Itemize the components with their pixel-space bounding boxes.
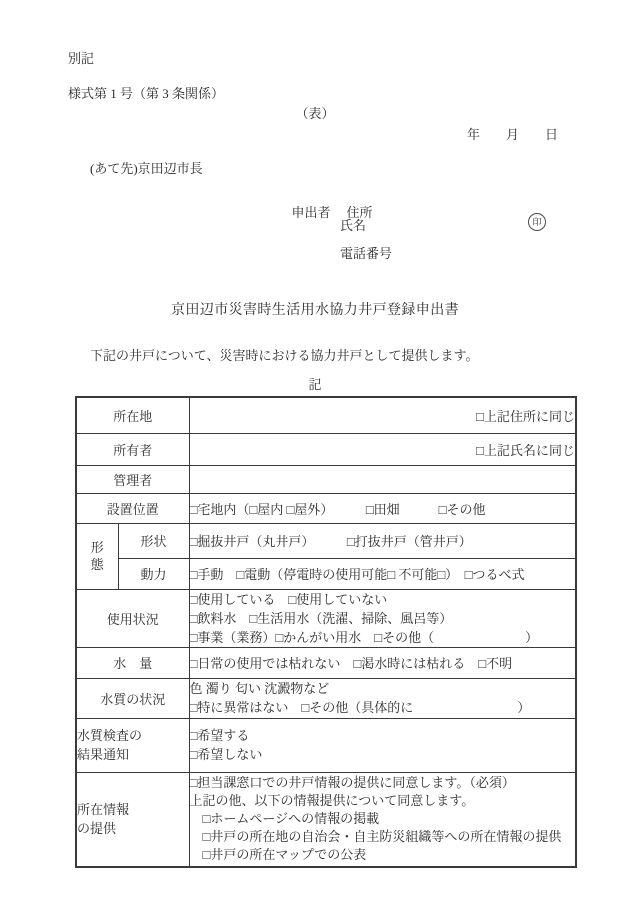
row-volume: 水 量 □日常の使用では枯れない □渇水時には枯れる □不明: [76, 647, 576, 678]
quality-label: 水質の状況: [76, 678, 189, 718]
location-label: 所在地: [76, 397, 189, 433]
info-label: 所在情報 の提供: [76, 772, 189, 867]
applicant-line: 申出者住所: [285, 190, 373, 220]
info-line: □担当課窓口での井戸情報の提供に同意します。（必須）: [190, 774, 576, 792]
owner-label: 所有者: [76, 433, 189, 465]
placement-label: 設置位置: [76, 493, 189, 523]
inspection-label: 水質検査の 結果通知: [76, 718, 189, 772]
form-number: 様式第 1 号（第 3 条関係）: [68, 86, 224, 101]
info-label-line: の提供: [77, 819, 189, 838]
info-line: □井戸の所在マップでの公表: [190, 846, 576, 864]
phone-label: 電話番号: [340, 246, 392, 261]
form-type-label-text: 形態: [89, 539, 105, 573]
applicant-label: 申出者: [292, 205, 331, 220]
row-quality: 水質の状況 色 濁り 匂い 沈澱物など □特に異常はない □その他（具体的に ）: [76, 678, 576, 718]
quality-line: 色 濁り 匂い 沈澱物など: [190, 679, 576, 698]
row-info-provision: 所在情報 の提供 □担当課窓口での井戸情報の提供に同意します。（必須） 上記の他…: [76, 772, 576, 867]
row-owner: 所有者 □上記氏名に同じ: [76, 433, 576, 465]
addressee-line: (あて先)京田辺市長: [90, 161, 203, 176]
list-marker: 記: [0, 377, 630, 392]
well-registration-table: 所在地 □上記住所に同じ 所有者 □上記氏名に同じ 管理者 設置位置 □宅地内（…: [75, 396, 577, 868]
row-location: 所在地 □上記住所に同じ: [76, 397, 576, 433]
info-value: □担当課窓口での井戸情報の提供に同意します。（必須） 上記の他、以下の情報提供に…: [189, 772, 576, 867]
usage-line: □使用している □使用していない: [190, 590, 576, 609]
quality-line: □特に異常はない □その他（具体的に ）: [190, 698, 576, 717]
intro-text: 下記の井戸について、災害時における協力井戸として提供します。: [90, 348, 478, 363]
row-usage: 使用状況 □使用している □使用していない □飲料水 □生活用水（洗濯、掃除、風…: [76, 589, 576, 647]
seal-mark-icon: 印: [528, 213, 546, 231]
inspection-label-line: 結果通知: [77, 745, 189, 764]
appendix-note: 別記: [68, 51, 94, 66]
power-label: 動力: [118, 558, 189, 589]
row-placement: 設置位置 □宅地内（□屋内 □屋外） □田畑 □その他: [76, 493, 576, 523]
owner-value: □上記氏名に同じ: [189, 433, 576, 465]
inspection-value: □希望する □希望しない: [189, 718, 576, 772]
volume-value: □日常の使用では枯れない □渇水時には枯れる □不明: [189, 647, 576, 678]
form-title: 京田辺市災害時生活用水協力井戸登録申出書: [0, 303, 630, 318]
location-value: □上記住所に同じ: [189, 397, 576, 433]
usage-value: □使用している □使用していない □飲料水 □生活用水（洗濯、掃除、風呂等） □…: [189, 589, 576, 647]
info-line: □ホームページへの情報の掲載: [190, 810, 576, 828]
power-value: □手動 □電動（停電時の使用可能□ 不可能□） □つるべ式: [189, 558, 576, 589]
row-manager: 管理者: [76, 465, 576, 493]
shape-label: 形状: [118, 523, 189, 558]
usage-line: □飲料水 □生活用水（洗濯、掃除、風呂等）: [190, 609, 576, 628]
date-line: 年 月 日: [467, 127, 558, 142]
inspection-line: □希望しない: [190, 745, 576, 764]
shape-value: □掘抜井戸（丸井戸） □打抜井戸（管井戸）: [189, 523, 576, 558]
info-line: □井戸の所在地の自治会・自主防災組織等への所在情報の提供: [190, 828, 576, 846]
info-label-line: 所在情報: [77, 800, 189, 819]
volume-label: 水 量: [76, 647, 189, 678]
front-side-label: （表）: [0, 106, 630, 121]
placement-value: □宅地内（□屋内 □屋外） □田畑 □その他: [189, 493, 576, 523]
inspection-line: □希望する: [190, 726, 576, 745]
row-inspection: 水質検査の 結果通知 □希望する □希望しない: [76, 718, 576, 772]
quality-value: 色 濁り 匂い 沈澱物など □特に異常はない □その他（具体的に ）: [189, 678, 576, 718]
manager-label: 管理者: [76, 465, 189, 493]
form-type-label: 形態: [76, 523, 118, 589]
info-line: 上記の他、以下の情報提供について同意します。: [190, 792, 576, 810]
manager-value: [189, 465, 576, 493]
usage-label: 使用状況: [76, 589, 189, 647]
row-form-power: 動力 □手動 □電動（停電時の使用可能□ 不可能□） □つるべ式: [76, 558, 576, 589]
document-page: { "colors": { "text": "#2b2b2b", "line":…: [0, 0, 630, 915]
row-form-shape: 形態 形状 □掘抜井戸（丸井戸） □打抜井戸（管井戸）: [76, 523, 576, 558]
name-label: 氏名: [340, 218, 366, 233]
inspection-label-line: 水質検査の: [77, 726, 189, 745]
usage-line: □事業（業務）□かんがい用水 □その他（ ）: [190, 628, 576, 647]
